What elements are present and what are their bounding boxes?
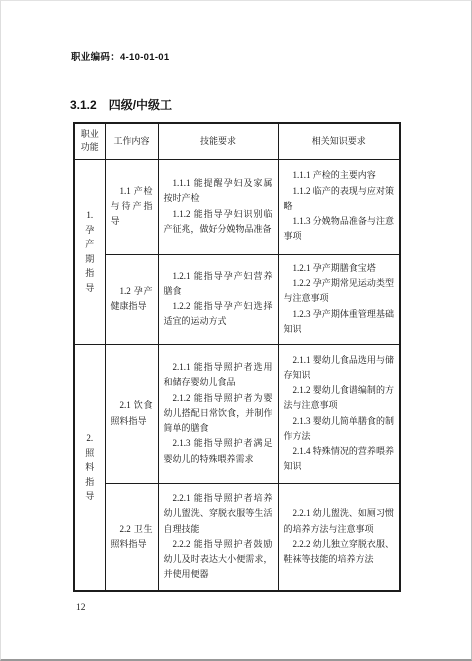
work-content-cell: 1.1 产检与待产指导: [105, 159, 158, 254]
knowledge-item: 1.1.1 产检的主要内容: [284, 168, 395, 183]
table-row: 1. 孕 产 期 指 导 1.1 产检与待产指导 1.1.1 能提醒孕妇及家属按…: [74, 159, 400, 254]
knowledge-item: 2.1.1 婴幼儿食品选用与储存知识: [284, 353, 395, 383]
skill-requirements-cell: 1.2.1 能指导孕产妇营养膳食 1.2.2 能指导孕产妇选择适宜的运动方式: [158, 254, 278, 344]
knowledge-item: 2.1.3 婴幼儿简单膳食的制作方法: [284, 414, 395, 444]
work-content-cell: 2.1 饮食照料指导: [105, 344, 158, 483]
skill-item: 1.2.2 能指导孕产妇选择适宜的运动方式: [164, 299, 273, 329]
knowledge-item: 1.2.1 孕产期膳食宝塔: [284, 261, 395, 276]
skill-item: 1.2.1 能指导孕产妇营养膳食: [164, 269, 273, 299]
document-page: 职业编码：4-10-01-01 3.1.2 四级/中级工 职业功能 工作内容 技…: [0, 0, 472, 661]
knowledge-item: 2.2.2 幼儿独立穿脱衣服、鞋袜等技能的培养方法: [284, 537, 395, 567]
work-content: 1.2 孕产健康指导: [111, 284, 153, 314]
knowledge-item: 2.1.2 婴幼儿食谱编制的方法与注意事项: [284, 383, 395, 413]
skill-requirements-cell: 1.1.1 能提醒孕妇及家属按时产检 1.1.2 能指导孕妇识别临产征兆，做好分…: [158, 159, 278, 254]
knowledge-item: 1.2.2 孕产期常见运动类型与注意事项: [284, 276, 395, 306]
work-content: 2.2 卫生照料指导: [111, 522, 153, 552]
function-line: 产: [76, 237, 104, 252]
knowledge-item: 1.2.3 孕产期体重管理基础知识: [284, 307, 395, 337]
knowledge-requirements-cell: 1.2.1 孕产期膳食宝塔 1.2.2 孕产期常见运动类型与注意事项 1.2.3…: [278, 254, 400, 344]
work-content: 2.1 饮食照料指导: [111, 398, 153, 428]
skill-item: 1.1.2 能指导孕妇识别临产征兆，做好分娩物品准备: [164, 207, 273, 237]
skill-item: 2.1.1 能指导照护者选用和储存婴幼儿食品: [164, 360, 273, 390]
skill-item: 2.2.1 能指导照护者培养幼儿盥洗、穿脱衣服等生活自理技能: [164, 491, 273, 537]
skill-item: 2.1.3 能指导照护者满足婴幼儿的特殊喂养需求: [164, 436, 273, 466]
requirements-table: 职业功能 工作内容 技能要求 相关知识要求 1. 孕 产 期 指 导 1.1 产…: [73, 122, 401, 592]
col-header-skill: 技能要求: [158, 123, 278, 159]
page-number: 12: [76, 603, 86, 613]
knowledge-requirements-cell: 2.2.1 幼儿盥洗、如厕习惯的培养方法与注意事项 2.2.2 幼儿独立穿脱衣服…: [278, 483, 400, 591]
skill-item: 2.2.2 能指导照护者鼓励幼儿及时表达大小便需求，并使用便器: [164, 537, 273, 583]
work-content-cell: 2.2 卫生照料指导: [105, 483, 158, 591]
knowledge-requirements-cell: 2.1.1 婴幼儿食品选用与储存知识 2.1.2 婴幼儿食谱编制的方法与注意事项…: [278, 344, 400, 483]
function-line: 1.: [76, 208, 104, 223]
function-line: 照: [76, 446, 104, 461]
skill-item: 2.1.2 能指导照护者为婴幼儿搭配日常饮食，并制作简单的膳食: [164, 391, 273, 437]
function-line: 期: [76, 252, 104, 267]
knowledge-item: 2.2.1 幼儿盥洗、如厕习惯的培养方法与注意事项: [284, 506, 395, 536]
table-row: 2.2 卫生照料指导 2.2.1 能指导照护者培养幼儿盥洗、穿脱衣服等生活自理技…: [74, 483, 400, 591]
knowledge-item: 1.1.2 临产的表现与应对策略: [284, 184, 395, 214]
function-line: 导: [76, 281, 104, 296]
function-line: 指: [76, 475, 104, 490]
section-heading: 3.1.2 四级/中级工: [70, 96, 172, 113]
work-content: 1.1 产检与待产指导: [111, 184, 153, 230]
skill-item: 1.1.1 能提醒孕妇及家属按时产检: [164, 176, 273, 206]
work-content-cell: 1.2 孕产健康指导: [105, 254, 158, 344]
function-cell-pregnancy-guidance: 1. 孕 产 期 指 导: [74, 159, 105, 344]
table-header-row: 职业功能 工作内容 技能要求 相关知识要求: [74, 123, 400, 159]
occupation-code: 职业编码：4-10-01-01: [71, 49, 169, 63]
function-line: 孕: [76, 223, 104, 238]
function-line: 指: [76, 266, 104, 281]
knowledge-item: 2.1.4 特殊情况的营养喂养知识: [284, 444, 395, 474]
knowledge-item: 1.1.3 分娩物品准备与注意事项: [284, 214, 395, 244]
function-line: 料: [76, 460, 104, 475]
function-line: 2.: [76, 431, 104, 446]
col-header-work: 工作内容: [105, 123, 158, 159]
table-row: 1.2 孕产健康指导 1.2.1 能指导孕产妇营养膳食 1.2.2 能指导孕产妇…: [74, 254, 400, 344]
function-line: 导: [76, 489, 104, 504]
knowledge-requirements-cell: 1.1.1 产检的主要内容 1.1.2 临产的表现与应对策略 1.1.3 分娩物…: [278, 159, 400, 254]
function-cell-care-guidance: 2. 照 料 指 导: [74, 344, 105, 591]
skill-requirements-cell: 2.1.1 能指导照护者选用和储存婴幼儿食品 2.1.2 能指导照护者为婴幼儿搭…: [158, 344, 278, 483]
skill-requirements-cell: 2.2.1 能指导照护者培养幼儿盥洗、穿脱衣服等生活自理技能 2.2.2 能指导…: [158, 483, 278, 591]
col-header-knowledge: 相关知识要求: [278, 123, 400, 159]
col-header-function: 职业功能: [74, 123, 105, 159]
table-row: 2. 照 料 指 导 2.1 饮食照料指导 2.1.1 能指导照护者选用和储存婴…: [74, 344, 400, 483]
